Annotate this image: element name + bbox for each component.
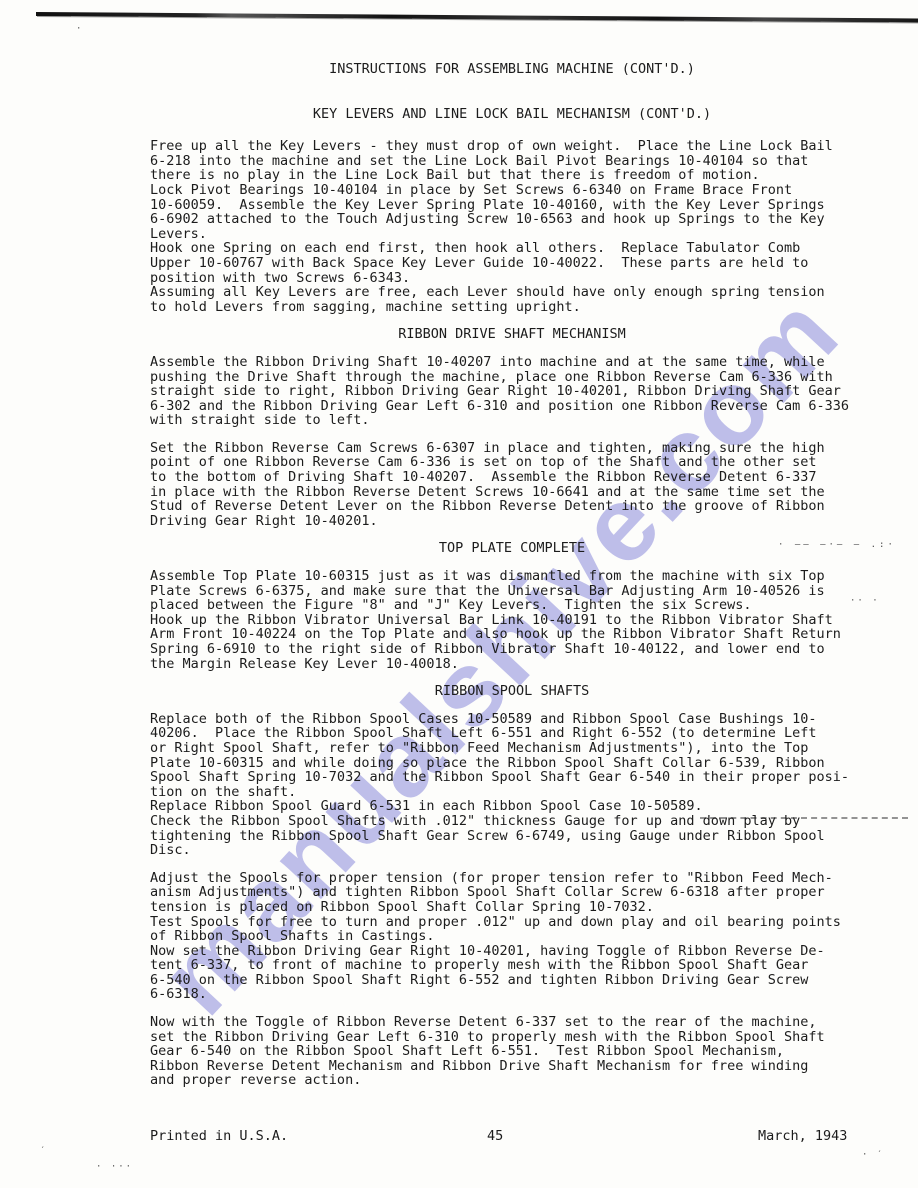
paragraph: Replace both of the Ribbon Spool Cases 1… <box>150 712 874 858</box>
paragraph: Free up all the Key Levers - they must d… <box>150 139 874 314</box>
scan-edge-line-artifact <box>36 12 918 23</box>
paragraph: Now with the Toggle of Ribbon Reverse De… <box>150 1015 874 1088</box>
page-footer: Printed in U.S.A. 45 March, 1943 <box>0 1128 918 1148</box>
footer-printed-in: Printed in U.S.A. <box>150 1128 288 1144</box>
section-top-plate-complete: TOP PLATE COMPLETE Assemble Top Plate 10… <box>150 541 874 671</box>
paragraph: Assemble Top Plate 10-60315 just as it w… <box>150 569 874 671</box>
document-subtitle: KEY LEVERS AND LINE LOCK BAIL MECHANISM … <box>150 107 874 122</box>
scan-speck: · ′ <box>862 1150 884 1160</box>
section-key-levers: Free up all the Key Levers - they must d… <box>150 139 874 314</box>
scan-speck: · <box>76 24 83 34</box>
section-heading: TOP PLATE COMPLETE <box>150 541 874 556</box>
scan-speck: · ··· <box>96 1162 133 1172</box>
section-heading: RIBBON SPOOL SHAFTS <box>150 684 874 699</box>
document-title: INSTRUCTIONS FOR ASSEMBLING MACHINE (CON… <box>150 62 874 77</box>
section-ribbon-spool-shafts: RIBBON SPOOL SHAFTS Replace both of the … <box>150 684 874 1088</box>
document-body: INSTRUCTIONS FOR ASSEMBLING MACHINE (CON… <box>150 62 874 1088</box>
paragraph: Assemble the Ribbon Driving Shaft 10-402… <box>150 355 874 428</box>
section-heading: RIBBON DRIVE SHAFT MECHANISM <box>150 327 874 342</box>
footer-date: March, 1943 <box>758 1128 847 1144</box>
scanned-document-page: · · –– –·– – .:· ·· · ′ · ··· · ′ manual… <box>0 0 918 1188</box>
page-number: 45 <box>487 1128 503 1144</box>
paragraph: Set the Ribbon Reverse Cam Screws 6-6307… <box>150 441 874 529</box>
section-ribbon-drive-shaft-mechanism: RIBBON DRIVE SHAFT MECHANISM Assemble th… <box>150 327 874 528</box>
paragraph: Adjust the Spools for proper tension (fo… <box>150 871 874 1002</box>
